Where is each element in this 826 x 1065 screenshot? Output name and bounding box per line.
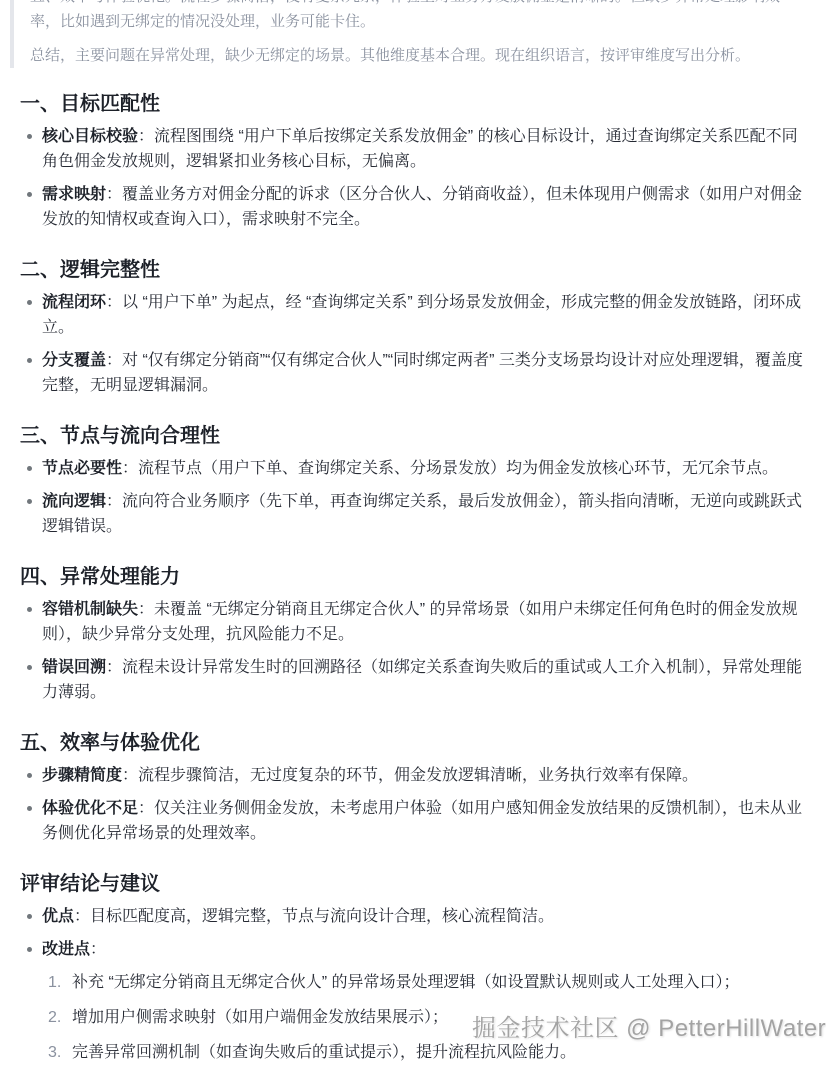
bullet-term: 流程闭环 bbox=[42, 294, 106, 311]
bullet-text: ：流程节点（用户下单、查询绑定关系、分场景发放）均为佣金发放核心环节，无冗余节点… bbox=[122, 460, 778, 477]
list-item: 核心目标校验：流程图围绕 “用户下单后按绑定关系发放佣金” 的核心目标设计，通过… bbox=[42, 124, 806, 174]
bullet-text: ：以 “用户下单” 为起点，经 “查询绑定关系” 到分场景发放佣金，形成完整的佣… bbox=[42, 294, 801, 336]
section-logic-completeness: 二、逻辑完整性 流程闭环：以 “用户下单” 为起点，经 “查询绑定关系” 到分场… bbox=[20, 256, 806, 398]
section-goal-match: 一、目标匹配性 核心目标校验：流程图围绕 “用户下单后按绑定关系发放佣金” 的核… bbox=[20, 90, 806, 232]
list-item: 分支覆盖：对 “仅有绑定分销商”“仅有绑定合伙人”“同时绑定两者” 三类分支场景… bbox=[42, 348, 806, 398]
improvement-item: 完善异常回溯机制（如查询失败后的重试提示），提升流程抗风险能力。 bbox=[72, 1040, 806, 1065]
section-heading: 二、逻辑完整性 bbox=[20, 256, 806, 284]
list-item: 步骤精简度：流程步骤简洁，无过度复杂的环节，佣金发放逻辑清晰，业务执行效率有保障… bbox=[42, 763, 806, 788]
list-item: 流向逻辑：流向符合业务顺序（先下单，再查询绑定关系，最后发放佣金），箭头指向清晰… bbox=[42, 489, 806, 539]
bullet-term: 体验优化不足 bbox=[42, 800, 138, 817]
bullet-list: 优点：目标匹配度高，逻辑完整，节点与流向设计合理，核心流程简洁。 改进点： bbox=[20, 904, 806, 962]
bullet-list: 容错机制缺失：未覆盖 “无绑定分销商且无绑定合伙人” 的异常场景（如用户未绑定任… bbox=[20, 597, 806, 705]
bullet-term: 错误回溯 bbox=[42, 659, 106, 676]
faded-thinking-quote: 五、效率与体验优化。流程步骤简洁，没有复杂冗余，体验上对业务方发放佣金是清晰的。… bbox=[10, 0, 806, 68]
bullet-text: ：流程步骤简洁，无过度复杂的环节，佣金发放逻辑清晰，业务执行效率有保障。 bbox=[122, 767, 698, 784]
bullet-term: 节点必要性 bbox=[42, 460, 122, 477]
bullet-text: ：未覆盖 “无绑定分销商且无绑定合伙人” 的异常场景（如用户未绑定任何角色时的佣… bbox=[42, 601, 798, 643]
section-heading: 一、目标匹配性 bbox=[20, 90, 806, 118]
bullet-text: ：流程图围绕 “用户下单后按绑定关系发放佣金” 的核心目标设计，通过查询绑定关系… bbox=[42, 128, 798, 170]
section-exception-handling: 四、异常处理能力 容错机制缺失：未覆盖 “无绑定分销商且无绑定合伙人” 的异常场… bbox=[20, 563, 806, 705]
bullet-term: 优点 bbox=[42, 908, 74, 925]
bullet-text: ：覆盖业务方对佣金分配的诉求（区分合伙人、分销商收益），但未体现用户侧需求（如用… bbox=[42, 186, 802, 228]
bullet-text: ：流向符合业务顺序（先下单，再查询绑定关系，最后发放佣金），箭头指向清晰，无逆向… bbox=[42, 493, 802, 535]
bullet-list: 核心目标校验：流程图围绕 “用户下单后按绑定关系发放佣金” 的核心目标设计，通过… bbox=[20, 124, 806, 232]
bullet-text: ：对 “仅有绑定分销商”“仅有绑定合伙人”“同时绑定两者” 三类分支场景均设计对… bbox=[42, 352, 803, 394]
bullet-list: 流程闭环：以 “用户下单” 为起点，经 “查询绑定关系” 到分场景发放佣金，形成… bbox=[20, 290, 806, 398]
section-heading: 五、效率与体验优化 bbox=[20, 729, 806, 757]
bullet-term: 步骤精简度 bbox=[42, 767, 122, 784]
bullet-term: 流向逻辑 bbox=[42, 493, 106, 510]
bullet-term: 改进点 bbox=[42, 941, 90, 958]
site-watermark: 掘金技术社区 @ PetterHillWater bbox=[472, 1008, 826, 1043]
section-efficiency-experience: 五、效率与体验优化 步骤精简度：流程步骤简洁，无过度复杂的环节，佣金发放逻辑清晰… bbox=[20, 729, 806, 846]
bullet-term: 需求映射 bbox=[42, 186, 106, 203]
section-node-flow: 三、节点与流向合理性 节点必要性：流程节点（用户下单、查询绑定关系、分场景发放）… bbox=[20, 422, 806, 539]
section-heading: 评审结论与建议 bbox=[20, 870, 806, 898]
list-item: 流程闭环：以 “用户下单” 为起点，经 “查询绑定关系” 到分场景发放佣金，形成… bbox=[42, 290, 806, 340]
section-heading: 四、异常处理能力 bbox=[20, 563, 806, 591]
quote-paragraph: 总结，主要问题在异常处理，缺少无绑定的场景。其他维度基本合理。现在组织语言，按评… bbox=[30, 43, 798, 68]
bullet-text: ： bbox=[90, 941, 106, 958]
bullet-term: 分支覆盖 bbox=[42, 352, 106, 369]
article-page: 五、效率与体验优化。流程步骤简洁，没有复杂冗余，体验上对业务方发放佣金是清晰的。… bbox=[0, 0, 826, 1065]
quote-paragraph: 五、效率与体验优化。流程步骤简洁，没有复杂冗余，体验上对业务方发放佣金是清晰的。… bbox=[30, 0, 798, 34]
bullet-text: ：仅关注业务侧佣金发放，未考虑用户体验（如用户感知佣金发放结果的反馈机制），也未… bbox=[42, 800, 802, 842]
list-item: 改进点： bbox=[42, 937, 806, 962]
bullet-list: 步骤精简度：流程步骤简洁，无过度复杂的环节，佣金发放逻辑清晰，业务执行效率有保障… bbox=[20, 763, 806, 846]
section-heading: 三、节点与流向合理性 bbox=[20, 422, 806, 450]
bullet-text: ：目标匹配度高，逻辑完整，节点与流向设计合理，核心流程简洁。 bbox=[74, 908, 554, 925]
list-item: 需求映射：覆盖业务方对佣金分配的诉求（区分合伙人、分销商收益），但未体现用户侧需… bbox=[42, 182, 806, 232]
list-item: 体验优化不足：仅关注业务侧佣金发放，未考虑用户体验（如用户感知佣金发放结果的反馈… bbox=[42, 796, 806, 846]
list-item: 节点必要性：流程节点（用户下单、查询绑定关系、分场景发放）均为佣金发放核心环节，… bbox=[42, 456, 806, 481]
list-item: 错误回溯：流程未设计异常发生时的回溯路径（如绑定关系查询失败后的重试或人工介入机… bbox=[42, 655, 806, 705]
bullet-term: 核心目标校验 bbox=[42, 128, 138, 145]
improvement-item: 补充 “无绑定分销商且无绑定合伙人” 的异常场景处理逻辑（如设置默认规则或人工处… bbox=[72, 970, 806, 995]
list-item: 优点：目标匹配度高，逻辑完整，节点与流向设计合理，核心流程简洁。 bbox=[42, 904, 806, 929]
bullet-text: ：流程未设计异常发生时的回溯路径（如绑定关系查询失败后的重试或人工介入机制），异… bbox=[42, 659, 802, 701]
bullet-list: 节点必要性：流程节点（用户下单、查询绑定关系、分场景发放）均为佣金发放核心环节，… bbox=[20, 456, 806, 539]
list-item: 容错机制缺失：未覆盖 “无绑定分销商且无绑定合伙人” 的异常场景（如用户未绑定任… bbox=[42, 597, 806, 647]
bullet-term: 容错机制缺失 bbox=[42, 601, 138, 618]
